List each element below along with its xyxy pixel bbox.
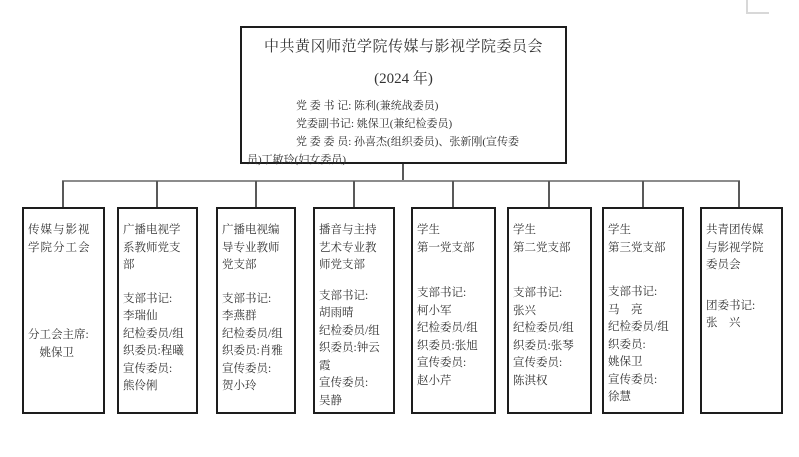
branch-body: 支部书记: 胡雨晴 纪检委员/组 织委员:钟云 霞 宣传委员: 吴静 (319, 288, 390, 411)
committee-officers: 党 委 书 记: 陈利(兼统战委员) 党委副书记: 姚保卫(兼纪检委员) 党 委… (242, 97, 565, 169)
committee-title: 中共黄冈师范学院传媒与影视学院委员会 (242, 37, 565, 57)
connector-stem (402, 164, 404, 181)
branch-box-youth-league: 共青团传媒 与影视学院 委员会 团委书记: 张 兴 (700, 207, 783, 414)
connector-drop (548, 181, 550, 207)
page-corner-mark (746, 0, 769, 14)
branch-body: 分工会主席: 姚保卫 (28, 327, 100, 362)
branch-title: 学生 第一党支部 (417, 222, 491, 257)
branch-body: 支部书记: 李瑞仙 纪检委员/组 织委员:程曦 宣传委员: 熊伶俐 (123, 291, 193, 396)
branch-title: 共青团传媒 与影视学院 委员会 (706, 222, 778, 275)
branch-title: 传媒与影视 学院分工会 (28, 222, 100, 257)
branch-box-student-3: 学生 第三党支部 支部书记: 马 亮 纪检委员/组 织委员: 姚保卫 宣传委员:… (602, 207, 684, 414)
officer-line-secretary: 党 委 书 记: 陈利(兼统战委员) (242, 97, 565, 115)
connector-drop (738, 181, 740, 207)
connector-drop (156, 181, 158, 207)
branch-title: 广播电视学 系教师党支 部 (123, 222, 193, 275)
branch-body: 支部书记: 张兴 纪检委员/组 织委员:张琴 宣传委员: 陈淇权 (513, 285, 587, 390)
branch-title: 播音与主持 艺术专业教 师党支部 (319, 222, 390, 275)
branch-body: 支部书记: 柯小军 纪检委员/组 织委员:张旭 宣传委员: 赵小芹 (417, 285, 491, 390)
branch-body: 支部书记: 马 亮 纪检委员/组 织委员: 姚保卫 宣传委员: 徐慧 (608, 284, 679, 407)
branch-title: 学生 第三党支部 (608, 222, 679, 257)
connector-drop (255, 181, 257, 207)
org-chart: 中共黄冈师范学院传媒与影视学院委员会 (2024 年) 党 委 书 记: 陈利(… (0, 0, 799, 457)
branch-box-student-2: 学生 第二党支部 支部书记: 张兴 纪检委员/组 织委员:张琴 宣传委员: 陈淇… (507, 207, 592, 414)
branch-title: 学生 第二党支部 (513, 222, 587, 257)
branch-body: 团委书记: 张 兴 (706, 298, 778, 333)
connector-drop (452, 181, 454, 207)
committee-box: 中共黄冈师范学院传媒与影视学院委员会 (2024 年) 党 委 书 记: 陈利(… (240, 26, 567, 164)
branch-box-rtv-directing: 广播电视编 导专业教师 党支部 支部书记: 李燕群 纪检委员/组 织委员:肖雅 … (216, 207, 296, 414)
committee-year: (2024 年) (242, 69, 565, 89)
branch-body: 支部书记: 李燕群 纪检委员/组 织委员:肖雅 宣传委员: 贺小玲 (222, 291, 291, 396)
branch-box-student-1: 学生 第一党支部 支部书记: 柯小军 纪检委员/组 织委员:张旭 宣传委员: 赵… (411, 207, 496, 414)
officer-line-members: 党 委 委 员: 孙喜杰(组织委员)、张新刚(宣传委 (242, 133, 565, 151)
connector-horizontal (62, 180, 740, 182)
connector-drop (62, 181, 64, 207)
connector-drop (353, 181, 355, 207)
branch-box-broadcasting-art: 播音与主持 艺术专业教 师党支部 支部书记: 胡雨晴 纪检委员/组 织委员:钟云… (313, 207, 395, 414)
officer-line-deputy-secretary: 党委副书记: 姚保卫(兼纪检委员) (242, 115, 565, 133)
connector-drop (642, 181, 644, 207)
branch-title: 广播电视编 导专业教师 党支部 (222, 222, 291, 275)
branch-box-radio-tv-dept: 广播电视学 系教师党支 部 支部书记: 李瑞仙 纪检委员/组 织委员:程曦 宣传… (117, 207, 198, 414)
branch-box-union: 传媒与影视 学院分工会 分工会主席: 姚保卫 (22, 207, 105, 414)
